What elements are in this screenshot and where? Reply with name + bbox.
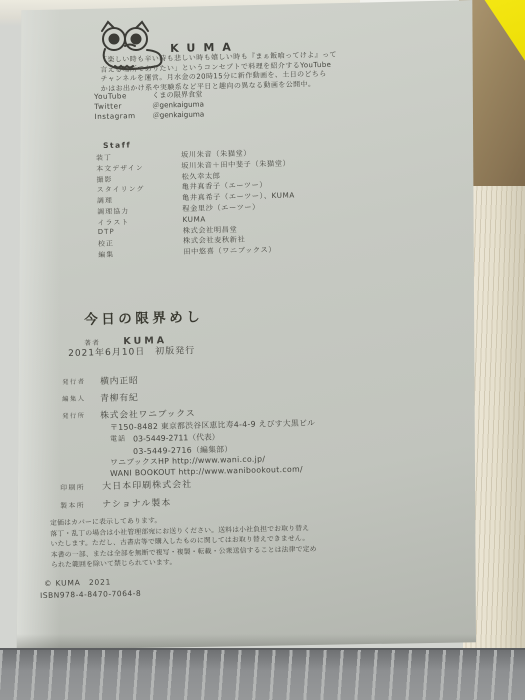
staff-name: 株式会社明昌堂 [183, 224, 238, 235]
printer-label: 印刷所 [60, 479, 102, 493]
staff-name: KUMA [182, 214, 206, 224]
publisher-label: 発行者 [62, 374, 100, 388]
edition-date: 2021年6月10日 初版発行 [68, 343, 195, 359]
phone-label: 電話 [110, 433, 133, 445]
binder-label: 製本所 [60, 497, 102, 511]
staff-name: 松久幸太郎 [181, 171, 220, 182]
phone-main: 03-5449-2711（代表） [133, 432, 220, 445]
social-platform: Instagram [94, 110, 152, 121]
staff-name: 坂川朱音（朱猫堂） [181, 148, 251, 160]
social-row-instagram: Instagram ＠genkaiguma [94, 109, 204, 121]
staff-role: DTP [98, 226, 183, 236]
publisher-value: 株式会社ワニブックス [100, 406, 196, 421]
staff-name: 程金里沙（エーツー） [182, 202, 260, 214]
book-title: 今日の限界めし [84, 305, 203, 328]
isbn-line: ISBN978-4-8470-7064-8 [40, 589, 141, 600]
social-accounts: YouTube くまの限界食堂 Twitter ＠genkaiguma Inst… [94, 90, 204, 122]
social-handle: ＠genkaiguma [152, 109, 204, 120]
publisher-value: 青柳有紀 [100, 390, 139, 404]
binder-value: ナショナル製本 [102, 495, 171, 510]
printer-value: 大日本印刷株式会社 [102, 477, 192, 492]
colophon-page: KUMA 「楽しい時も辛い時も悲しい時も嬉しい時も『まぁ飯喰ってけよ』って 言え… [14, 0, 476, 650]
staff-heading: Staff [103, 140, 131, 150]
staff-credits: 装丁 坂川朱音（朱猫堂） 本文デザイン 坂川朱音＋田中斐子（朱猫堂） 撮影 松久… [96, 148, 296, 260]
publisher-row: 発行者 横内正昭 [62, 373, 139, 388]
copyright-line: © KUMA 2021 [44, 576, 111, 589]
phone-row: 電話 03-5449-2711（代表） [110, 432, 220, 445]
publisher-row: 編集人 青柳有紀 [62, 390, 139, 405]
page-content: KUMA 「楽しい時も辛い時も悲しい時も嬉しい時も『まぁ飯喰ってけよ』って 言え… [14, 0, 476, 650]
staff-name: 株式会社麦秋新社 [183, 235, 246, 246]
staff-role: 編集 [98, 247, 183, 259]
intro-paragraph: 「楽しい時も辛い時も悲しい時も嬉しい時も『まぁ飯喰ってけよ』って 言える場所であ… [100, 51, 338, 95]
ribbed-table-surface [0, 648, 525, 700]
printer-row: 印刷所 大日本印刷株式会社 [60, 477, 192, 493]
photo-scene: KUMA 「楽しい時も辛い時も悲しい時も嬉しい時も『まぁ飯喰ってけよ』って 言え… [0, 0, 525, 700]
publisher-label: 編集人 [62, 391, 100, 405]
staff-name: 田中悠喜（ワニブックス） [183, 245, 276, 257]
publisher-value: 横内正昭 [100, 373, 139, 387]
publisher-label: 発行所 [62, 408, 100, 422]
binder-row: 製本所 ナショナル製本 [60, 495, 171, 511]
legal-notices: 定価はカバーに表示してあります。 落丁・乱丁の場合は小社管理部宛にお送りください… [50, 512, 317, 571]
